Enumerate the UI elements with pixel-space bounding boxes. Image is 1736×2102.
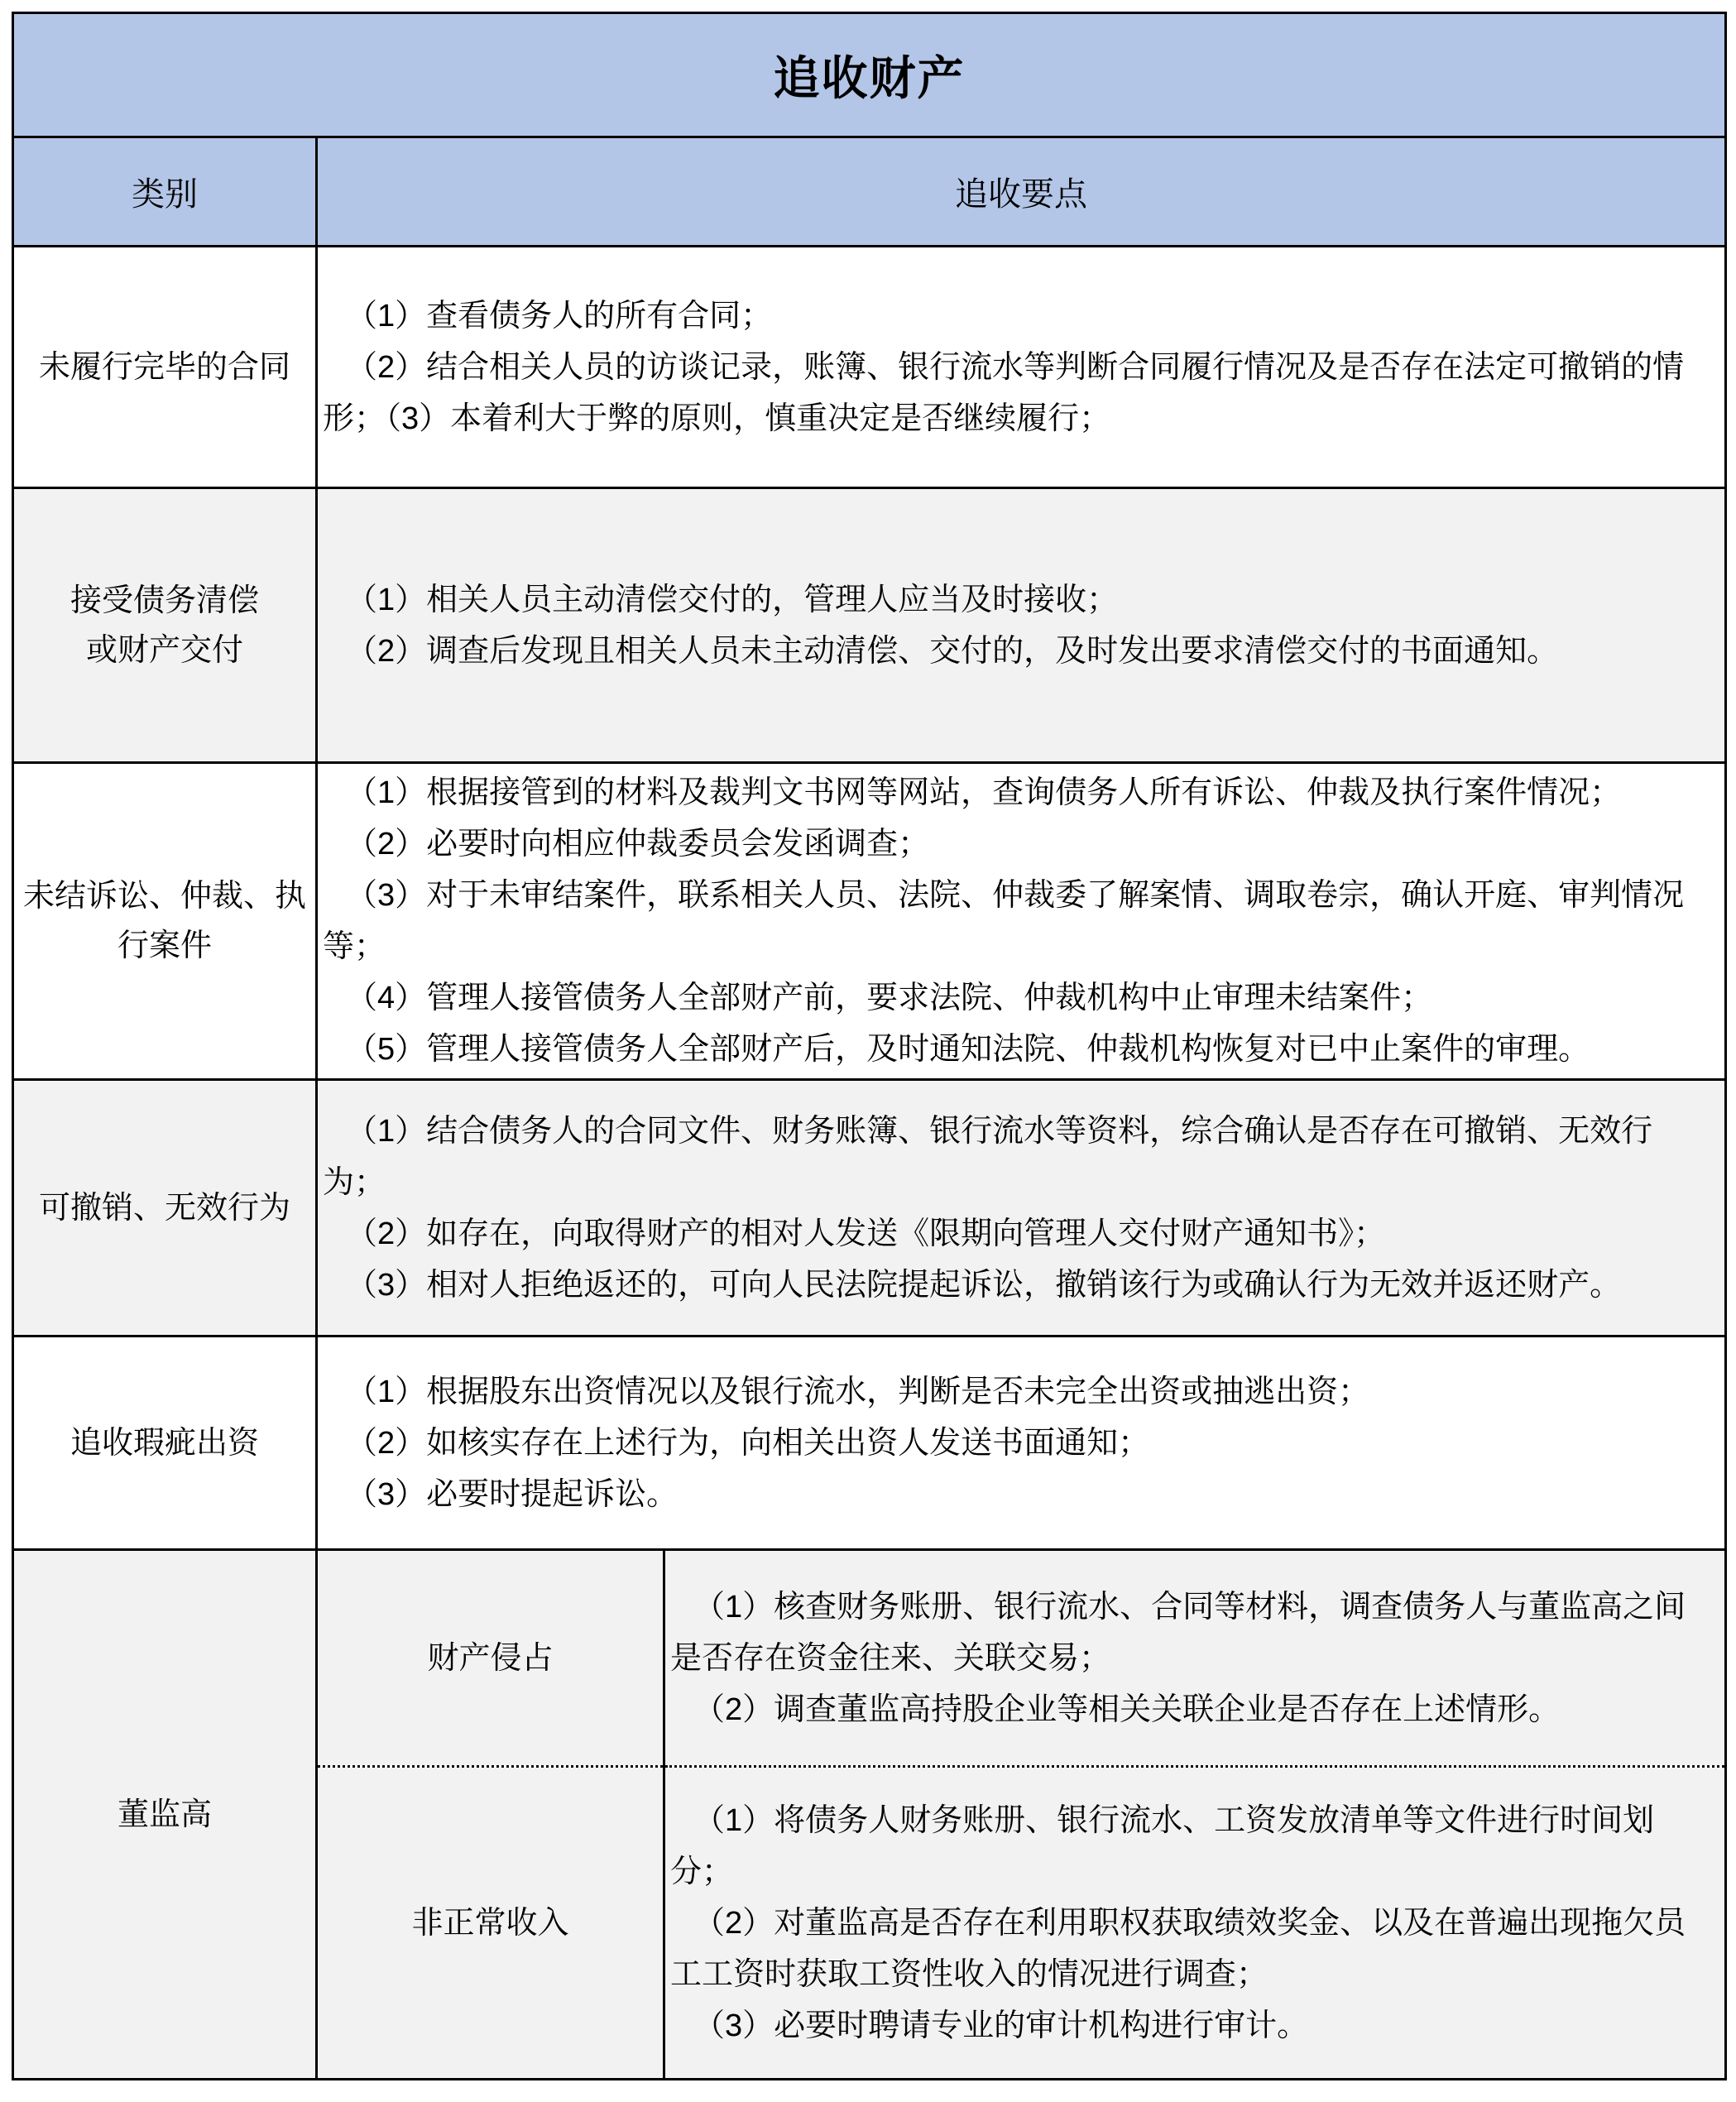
points-revocable-invalid-acts: （1）结合债务人的合同文件、财务账簿、银行流水等资料，综合确认是否存在可撤销、无… <box>317 1080 1726 1337</box>
points-paragraph: （2）调查后发现且相关人员未主动清偿、交付的，及时发出要求清偿交付的书面通知。 <box>323 626 1713 677</box>
row-accept-repayment: 接受债务清偿 或财产交付 （1）相关人员主动清偿交付的，管理人应当及时接收；（2… <box>13 488 1726 763</box>
category-unperformed-contracts: 未履行完毕的合同 <box>13 247 317 488</box>
subcategory-property-occupation: 财产侵占 <box>317 1550 664 1767</box>
row-pending-litigation: 未结诉讼、仲裁、执 行案件 （1）根据接管到的材料及裁判文书网等网站，查询债务人… <box>13 763 1726 1080</box>
page: 追收财产 类别 追收要点 未履行完毕的合同 （1）查看债务人的所有合同；（2）结… <box>0 0 1736 2102</box>
points-paragraph: （2）结合相关人员的访谈记录，账簿、银行流水等判断合同履行情况及是否存在法定可撤… <box>323 342 1713 444</box>
points-paragraph: （1）相关人员主动清偿交付的，管理人应当及时接收； <box>323 574 1713 626</box>
points-unperformed-contracts: （1）查看债务人的所有合同；（2）结合相关人员的访谈记录，账簿、银行流水等判断合… <box>317 247 1726 488</box>
points-paragraph: （1）结合债务人的合同文件、财务账簿、银行流水等资料，综合确认是否存在可撤销、无… <box>323 1106 1713 1208</box>
table-title: 追收财产 <box>13 13 1726 137</box>
points-paragraph: （1）根据股东出资情况以及银行流水，判断是否未完全出资或抽逃出资； <box>323 1366 1713 1418</box>
points-paragraph: （3）对于未审结案件，联系相关人员、法院、仲裁委了解案情、调取卷宗，确认开庭、审… <box>323 870 1713 972</box>
points-paragraph: （2）对董监高是否存在利用职权获取绩效奖金、以及在普遍出现拖欠员工工资时获取工资… <box>670 1898 1713 2000</box>
category-defective-capital: 追收瑕疵出资 <box>13 1337 317 1550</box>
points-paragraph: （2）如核实存在上述行为，向相关出资人发送书面通知； <box>323 1418 1713 1469</box>
column-header-category: 类别 <box>13 137 317 247</box>
recovery-table: 追收财产 类别 追收要点 未履行完毕的合同 （1）查看债务人的所有合同；（2）结… <box>12 12 1727 2080</box>
points-paragraph: （1）根据接管到的材料及裁判文书网等网站，查询债务人所有诉讼、仲裁及执行案件情况… <box>323 767 1713 818</box>
points-paragraph: （1）核查财务账册、银行流水、合同等材料，调查债务人与董监高之间是否存在资金往来… <box>670 1581 1713 1684</box>
points-paragraph: （1）查看债务人的所有合同； <box>323 290 1713 342</box>
points-abnormal-income: （1）将债务人财务账册、银行流水、工资发放清单等文件进行时间划分；（2）对董监高… <box>664 1767 1726 2080</box>
row-executives-property: 董监高 财产侵占 （1）核查财务账册、银行流水、合同等材料，调查债务人与董监高之… <box>13 1550 1726 1767</box>
row-revocable-invalid-acts: 可撤销、无效行为 （1）结合债务人的合同文件、财务账簿、银行流水等资料，综合确认… <box>13 1080 1726 1337</box>
row-unperformed-contracts: 未履行完毕的合同 （1）查看债务人的所有合同；（2）结合相关人员的访谈记录，账簿… <box>13 247 1726 488</box>
category-executives: 董监高 <box>13 1550 317 2080</box>
points-paragraph: （2）必要时向相应仲裁委员会发函调查； <box>323 818 1713 870</box>
column-header-points: 追收要点 <box>317 137 1726 247</box>
category-revocable-invalid-acts: 可撤销、无效行为 <box>13 1080 317 1337</box>
points-property-occupation: （1）核查财务账册、银行流水、合同等材料，调查债务人与董监高之间是否存在资金往来… <box>664 1550 1726 1767</box>
row-defective-capital: 追收瑕疵出资 （1）根据股东出资情况以及银行流水，判断是否未完全出资或抽逃出资；… <box>13 1337 1726 1550</box>
points-defective-capital: （1）根据股东出资情况以及银行流水，判断是否未完全出资或抽逃出资；（2）如核实存… <box>317 1337 1726 1550</box>
points-paragraph: （4）管理人接管债务人全部财产前，要求法院、仲裁机构中止审理未结案件； <box>323 972 1713 1024</box>
points-accept-repayment: （1）相关人员主动清偿交付的，管理人应当及时接收；（2）调查后发现且相关人员未主… <box>317 488 1726 763</box>
points-paragraph: （5）管理人接管债务人全部财产后，及时通知法院、仲裁机构恢复对已中止案件的审理。 <box>323 1024 1713 1075</box>
header-row: 类别 追收要点 <box>13 137 1726 247</box>
points-paragraph: （2）如存在，向取得财产的相对人发送《限期向管理人交付财产通知书》； <box>323 1208 1713 1260</box>
points-paragraph: （2）调查董监高持股企业等相关关联企业是否存在上述情形。 <box>670 1684 1713 1735</box>
points-pending-litigation: （1）根据接管到的材料及裁判文书网等网站，查询债务人所有诉讼、仲裁及执行案件情况… <box>317 763 1726 1080</box>
category-pending-litigation: 未结诉讼、仲裁、执 行案件 <box>13 763 317 1080</box>
title-row: 追收财产 <box>13 13 1726 137</box>
category-accept-repayment: 接受债务清偿 或财产交付 <box>13 488 317 763</box>
points-paragraph: （1）将债务人财务账册、银行流水、工资发放清单等文件进行时间划分； <box>670 1795 1713 1898</box>
subcategory-abnormal-income: 非正常收入 <box>317 1767 664 2080</box>
points-paragraph: （3）必要时提起诉讼。 <box>323 1469 1713 1520</box>
points-paragraph: （3）相对人拒绝返还的，可向人民法院提起诉讼，撤销该行为或确认行为无效并返还财产… <box>323 1260 1713 1311</box>
points-paragraph: （3）必要时聘请专业的审计机构进行审计。 <box>670 2000 1713 2052</box>
